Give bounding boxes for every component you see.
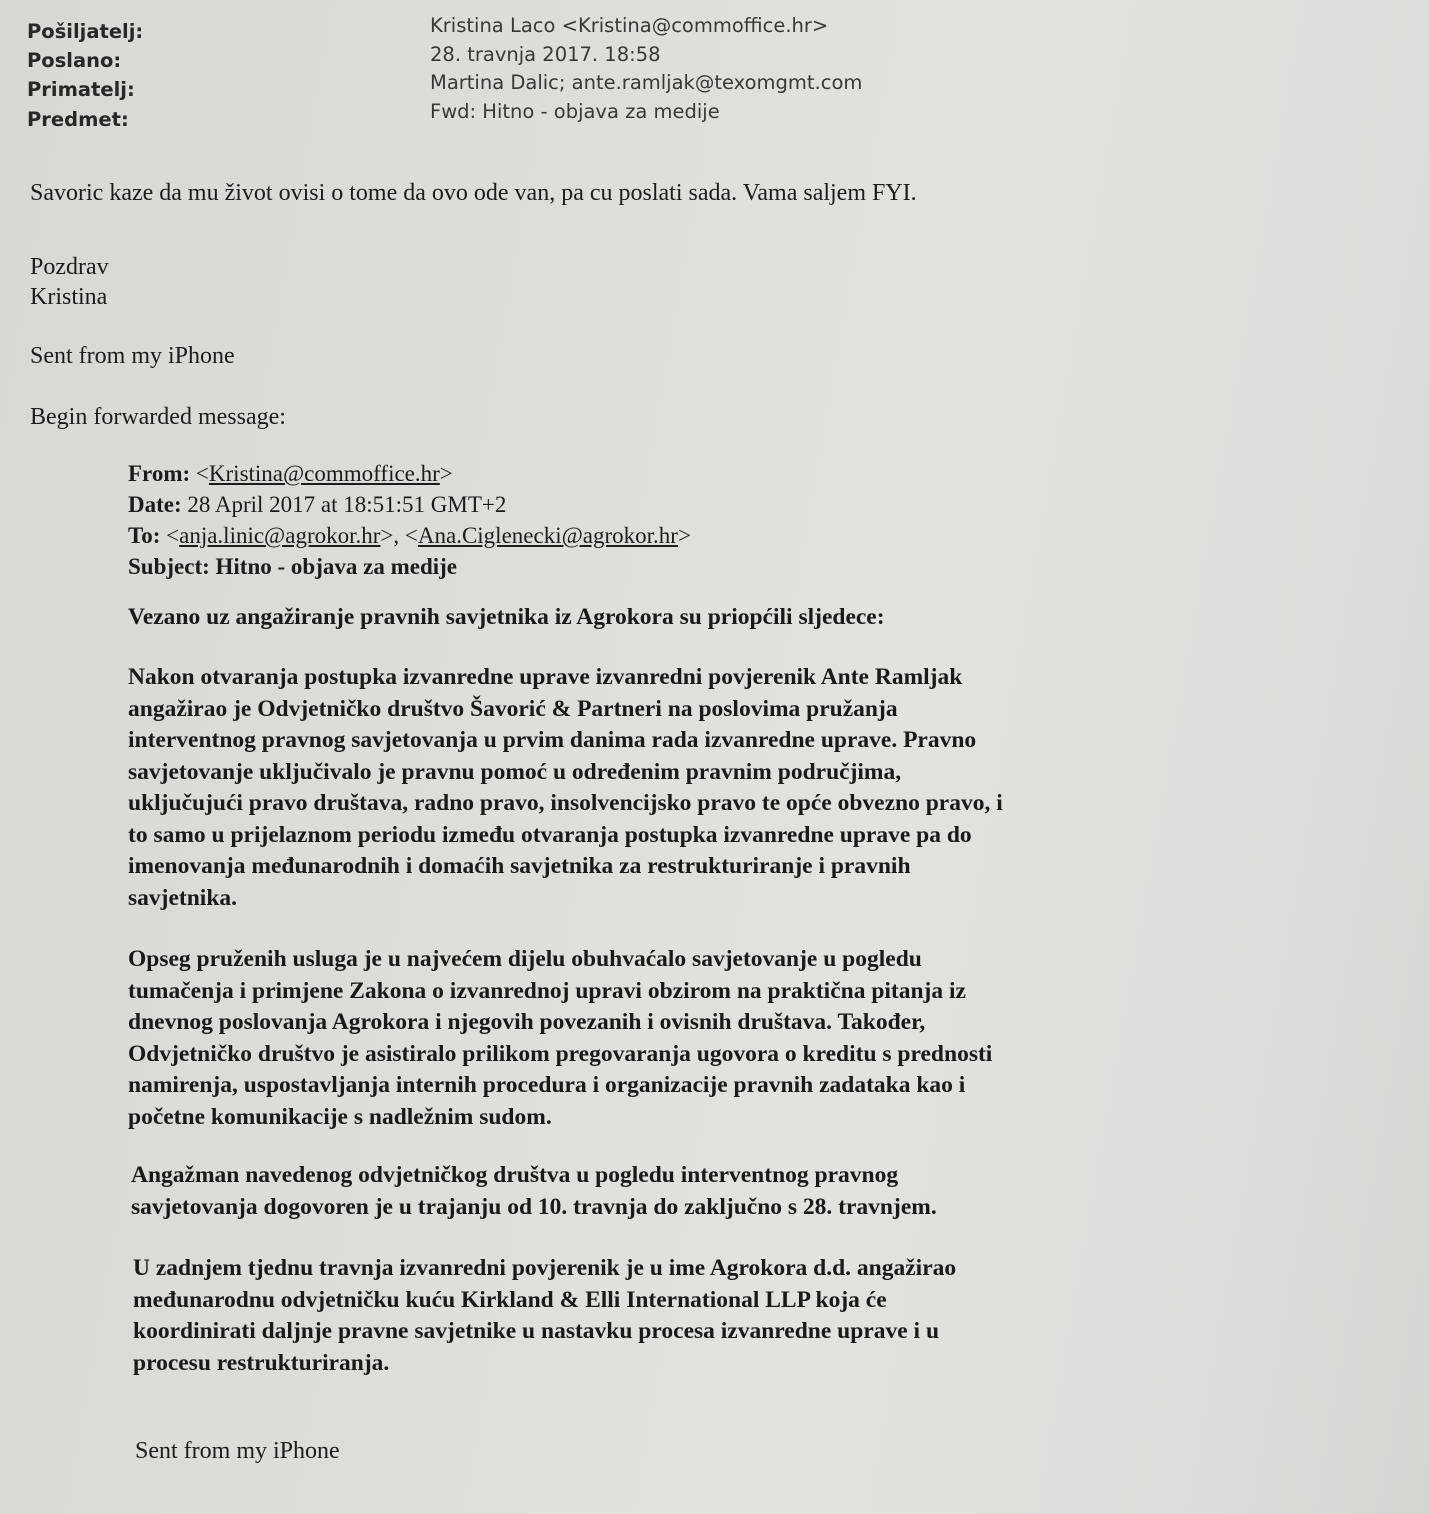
sent-label: Poslano:	[27, 49, 121, 72]
paragraph-line: tumačenja i primjene Zakona o izvanredno…	[128, 976, 992, 1008]
paragraph-line: koordinirati daljnje pravne savjetnike u…	[133, 1316, 956, 1348]
forwarded-to-row: To: <anja.linic@agrokor.hr>, <Ana.Ciglen…	[128, 520, 691, 551]
paragraph-1: Nakon otvaranja postupka izvanredne upra…	[128, 662, 1003, 914]
bracket: <	[166, 523, 179, 548]
to-label: To:	[128, 523, 160, 548]
paragraph-line: namirenja, uspostavljanja internih proce…	[128, 1070, 992, 1102]
greeting: Pozdrav	[30, 254, 109, 281]
paragraph-line: savjetovanje uključivalo je pravnu pomoć…	[128, 757, 1003, 789]
intro-message: Savoric kaze da mu život ovisi o tome da…	[30, 180, 917, 207]
paragraph-line: međunarodnu odvjetničku kuću Kirkland & …	[133, 1285, 956, 1317]
sender-value: Kristina Laco <Kristina@commoffice.hr>	[430, 14, 828, 37]
paragraph-line: U zadnjem tjednu travnja izvanredni povj…	[133, 1253, 956, 1285]
signature: Kristina	[30, 284, 107, 311]
bracket: <	[196, 461, 209, 486]
paragraph-line: savjetnika.	[128, 883, 1003, 915]
printed-email-page: Pošiljatelj: Kristina Laco <Kristina@com…	[0, 0, 1429, 1514]
paragraph-3: Angažman navedenog odvjetničkog društva …	[131, 1160, 937, 1223]
subject-label: Predmet:	[27, 108, 129, 131]
lead-text: Vezano uz angažiranje pravnih savjetnika…	[128, 602, 885, 634]
paragraph-line: početne komunikacije s nadležnim sudom.	[128, 1102, 992, 1134]
sent-from-iphone: Sent from my iPhone	[30, 343, 235, 370]
paragraph-line: uključujući pravo društava, radno pravo,…	[128, 788, 1003, 820]
date-label: Date:	[128, 492, 182, 517]
date-value: 28 April 2017 at 18:51:51 GMT+2	[187, 492, 506, 517]
separator: >, <	[380, 523, 417, 548]
forwarded-header: From: <Kristina@commoffice.hr> Date: 28 …	[128, 458, 691, 582]
paragraph-line: Angažman navedenog odvjetničkog društva …	[131, 1160, 937, 1192]
subject-value: Fwd: Hitno - objava za medije	[430, 100, 720, 123]
to-email-link-1[interactable]: anja.linic@agrokor.hr	[179, 523, 380, 548]
forwarded-message-label: Begin forwarded message:	[30, 404, 286, 431]
sent-from-iphone-footer: Sent from my iPhone	[135, 1438, 340, 1465]
forwarded-subject-row: Subject: Hitno - objava za medije	[128, 551, 691, 582]
bracket: >	[440, 461, 453, 486]
paragraph-line: interventnog pravnog savjetovanja u prvi…	[128, 725, 1003, 757]
paragraph-line: Odvjetničko društvo je asistiralo prilik…	[128, 1039, 992, 1071]
recipient-value: Martina Dalic; ante.ramljak@texomgmt.com	[430, 71, 862, 94]
fwd-subject-value: Hitno - objava za medije	[216, 554, 457, 579]
paragraph-line: Nakon otvaranja postupka izvanredne upra…	[128, 662, 1003, 694]
paragraph-line: imenovanja međunarodnih i domaćih savjet…	[128, 851, 1003, 883]
sent-value: 28. travnja 2017. 18:58	[430, 43, 661, 66]
press-release-lead: Vezano uz angažiranje pravnih savjetnika…	[128, 602, 885, 634]
paragraph-line: angažirao je Odvjetničko društvo Šavorić…	[128, 694, 1003, 726]
paragraph-4: U zadnjem tjednu travnja izvanredni povj…	[133, 1253, 956, 1379]
sender-label: Pošiljatelj:	[27, 20, 143, 43]
fwd-subject-label: Subject:	[128, 554, 210, 579]
forwarded-from-row: From: <Kristina@commoffice.hr>	[128, 458, 691, 489]
paragraph-line: procesu restrukturiranja.	[133, 1348, 956, 1380]
recipient-label: Primatelj:	[27, 78, 135, 101]
paragraph-line: to samo u prijelaznom periodu između otv…	[128, 820, 1003, 852]
to-email-link-2[interactable]: Ana.Ciglenecki@agrokor.hr	[418, 523, 678, 548]
paragraph-line: dnevnog poslovanja Agrokora i njegovih p…	[128, 1007, 992, 1039]
paragraph-line: savjetovanja dogovoren je u trajanju od …	[131, 1192, 937, 1224]
bracket: >	[678, 523, 691, 548]
from-email-link[interactable]: Kristina@commoffice.hr	[209, 461, 440, 486]
forwarded-date-row: Date: 28 April 2017 at 18:51:51 GMT+2	[128, 489, 691, 520]
from-label: From:	[128, 461, 190, 486]
paragraph-line: Opseg pruženih usluga je u najvećem dije…	[128, 944, 992, 976]
paragraph-2: Opseg pruženih usluga je u najvećem dije…	[128, 944, 992, 1133]
